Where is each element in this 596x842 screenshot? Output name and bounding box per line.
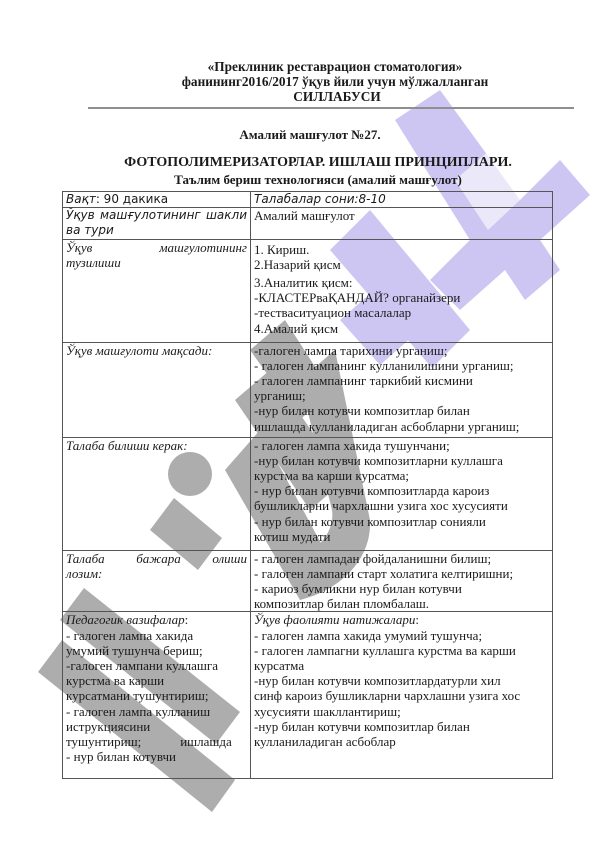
cell-line: -нур билан котувчи композитлар билан [254,719,549,734]
table-row: Вақт: 90 дакика Талабалар сони:8-10 [63,192,553,208]
cell-line: -КЛАСТЕРваҚАНДАЙ? органайзери [254,290,549,305]
cell-line: - галоген лампанинг кулланилишини ургани… [254,358,549,373]
cell-line: тушунтириш; ишлашда [66,734,247,749]
cell-line: ва тури [66,223,247,238]
cell-line: лозим: [66,566,247,581]
document-page: «Преклиник реставрацион стоматология» фа… [0,0,596,842]
lesson-structure-value-cell: 1. Кириш. 2.Назарий қисм 3.Аналитик қисм… [251,239,553,342]
cell-line: урганиш; [254,388,549,403]
students-count: Талабалар сони:8-10 [254,192,549,207]
cell-line: - галоген лампа кулланиш [66,704,247,719]
cell-line: -галоген лампани куллашга [66,658,247,673]
cell-line: бушликларни чархлашни узига хос хусусият… [254,498,549,513]
cell-line: тузилиши [66,255,247,270]
time-cell: Вақт: 90 дакика [63,192,251,208]
cell-line: Талаба бажара олиши [66,551,247,566]
cell-line: курсатмани тушунтириш; [66,688,247,703]
cell-line: -нур билан котувчи композитлардатурли хи… [254,673,549,688]
table-row: Ўқув машғулотининг шакли ва тури Амалий … [63,208,553,239]
student-should-do-value-cell: - галоген лампадан фойдаланишни билиш; -… [251,550,553,612]
table-row: Ўқув машғулоти мақсади: -галоген лампа т… [63,342,553,437]
cell-line: 2.Назарий қисм [254,257,549,272]
cell-line: 1. Кириш. [254,242,549,257]
lesson-form-label-cell: Ўқув машғулотининг шакли ва тури [63,208,251,239]
cell-line: - галоген лампагни куллашга курстма ва к… [254,643,549,658]
table-row: Талаба билиши керак: - галоген лампа хак… [63,437,553,550]
cell-line: Амалий машғулот [254,208,549,223]
cell-line: -тестваситуацион масалалар [254,305,549,320]
table-row: Педагогик вазифалар: - галоген лампа хак… [63,612,553,779]
topic-title: ФОТОПОЛИМЕРИЗАТОРЛАР. ИШЛАШ ПРИНЦИПЛАРИ. [60,155,576,171]
cell-line: хусусияти шакллантириш; [254,704,549,719]
students-cell: Талабалар сони:8-10 [251,192,553,208]
student-should-do-label-cell: Талаба бажара олиши лозим: [63,550,251,612]
cell-line: Ўқув машғулотининг [66,240,247,255]
cell-line: кулланиладиган асбоблар [254,734,549,749]
cell-line: - галоген лампадан фойдаланишни билиш; [254,551,549,566]
cell-line: курсатма [254,658,549,673]
student-should-know-label-cell: Талаба билиши керак: [63,437,251,550]
lesson-structure-label-cell: Ўқув машғулотининг тузилиши [63,239,251,342]
cell-line: -нур билан котувчи композитларни куллашг… [254,453,549,468]
time-label: Вақт [66,192,96,206]
header-line-3: СИЛЛАБУСИ [82,89,592,104]
cell-line: 3.Аналитик қисм: [254,275,549,290]
pedagogical-tasks-title: Педагогик вазифалар [66,612,185,627]
cell-line: котиш мудати [254,529,549,544]
lesson-form-value-cell: Амалий машғулот [251,208,553,239]
pedagogical-tasks-cell: Педагогик вазифалар: - галоген лампа хак… [63,612,251,779]
cell-line: - галоген лампа хакида умумий тушунча; [254,628,549,643]
lesson-title: Амалий машғулот №27. [60,127,560,143]
cell-line: - галоген лампа хакида тушунчани; [254,438,549,453]
cell-line: - галоген лампа хакида [66,628,247,643]
cell-line: курстма ва карши [66,673,247,688]
cell-line: - галоген лампани старт холатига келтири… [254,566,549,581]
table-row: Ўқув машғулотининг тузилиши 1. Кириш. 2.… [63,239,553,342]
cell-line: ишлашда кулланиладиган асбобларни ургани… [254,419,549,434]
header-line-1: «Преклиник реставрацион стоматология» [80,59,590,74]
cell-line: - нур билан котувчи композитлар сонияли [254,514,549,529]
learning-outcomes-title: Ўқув фаолияти натижалари [254,612,415,627]
cell-line: - галоген лампанинг таркибий кисмини [254,373,549,388]
cell-line: курстма ва карши курсатма; [254,468,549,483]
cell-line: умумий тушунча бериш; [66,643,247,658]
lesson-goal-label-cell: Ўқув машғулоти мақсади: [63,342,251,437]
cell-line: иструкциясини [66,719,247,734]
cell-line: - кариоз бумликни нур билан котувчи [254,581,549,596]
time-value: : 90 дакика [96,192,168,206]
cell-line: Ўқув машғулоти мақсади: [66,343,247,358]
cell-line: -нур билан котувчи композитлар билан [254,403,549,418]
cell-line: 4.Амалий қисм [254,321,549,336]
student-should-know-value-cell: - галоген лампа хакида тушунчани; -нур б… [251,437,553,550]
cell-line: композитлар билан пломбалаш. [254,596,549,611]
cell-line: - нур билан котувчи [66,749,247,764]
cell-line: Талаба билиши керак: [66,438,247,453]
cell-line: синф кароиз бушликларни чархлашни узига … [254,688,549,703]
subtopic-title: Таълим бериш технологияси (амалий машғул… [60,172,576,188]
header-divider [88,107,574,109]
syllabus-table: Вақт: 90 дакика Талабалар сони:8-10 Ўқув… [62,191,553,779]
table-row: Талаба бажара олиши лозим: - галоген лам… [63,550,553,612]
lesson-goal-value-cell: -галоген лампа тарихини урганиш; - галог… [251,342,553,437]
cell-line: -галоген лампа тарихини урганиш; [254,343,549,358]
learning-outcomes-cell: Ўқув фаолияти натижалари: - галоген ламп… [251,612,553,779]
cell-line: - нур билан котувчи композитларда кароиз [254,483,549,498]
header-line-2: фанининг2016/2017 ўқув йили учун мўлжалл… [80,74,590,89]
cell-line: Ўқув машғулотининг шакли [66,208,247,223]
